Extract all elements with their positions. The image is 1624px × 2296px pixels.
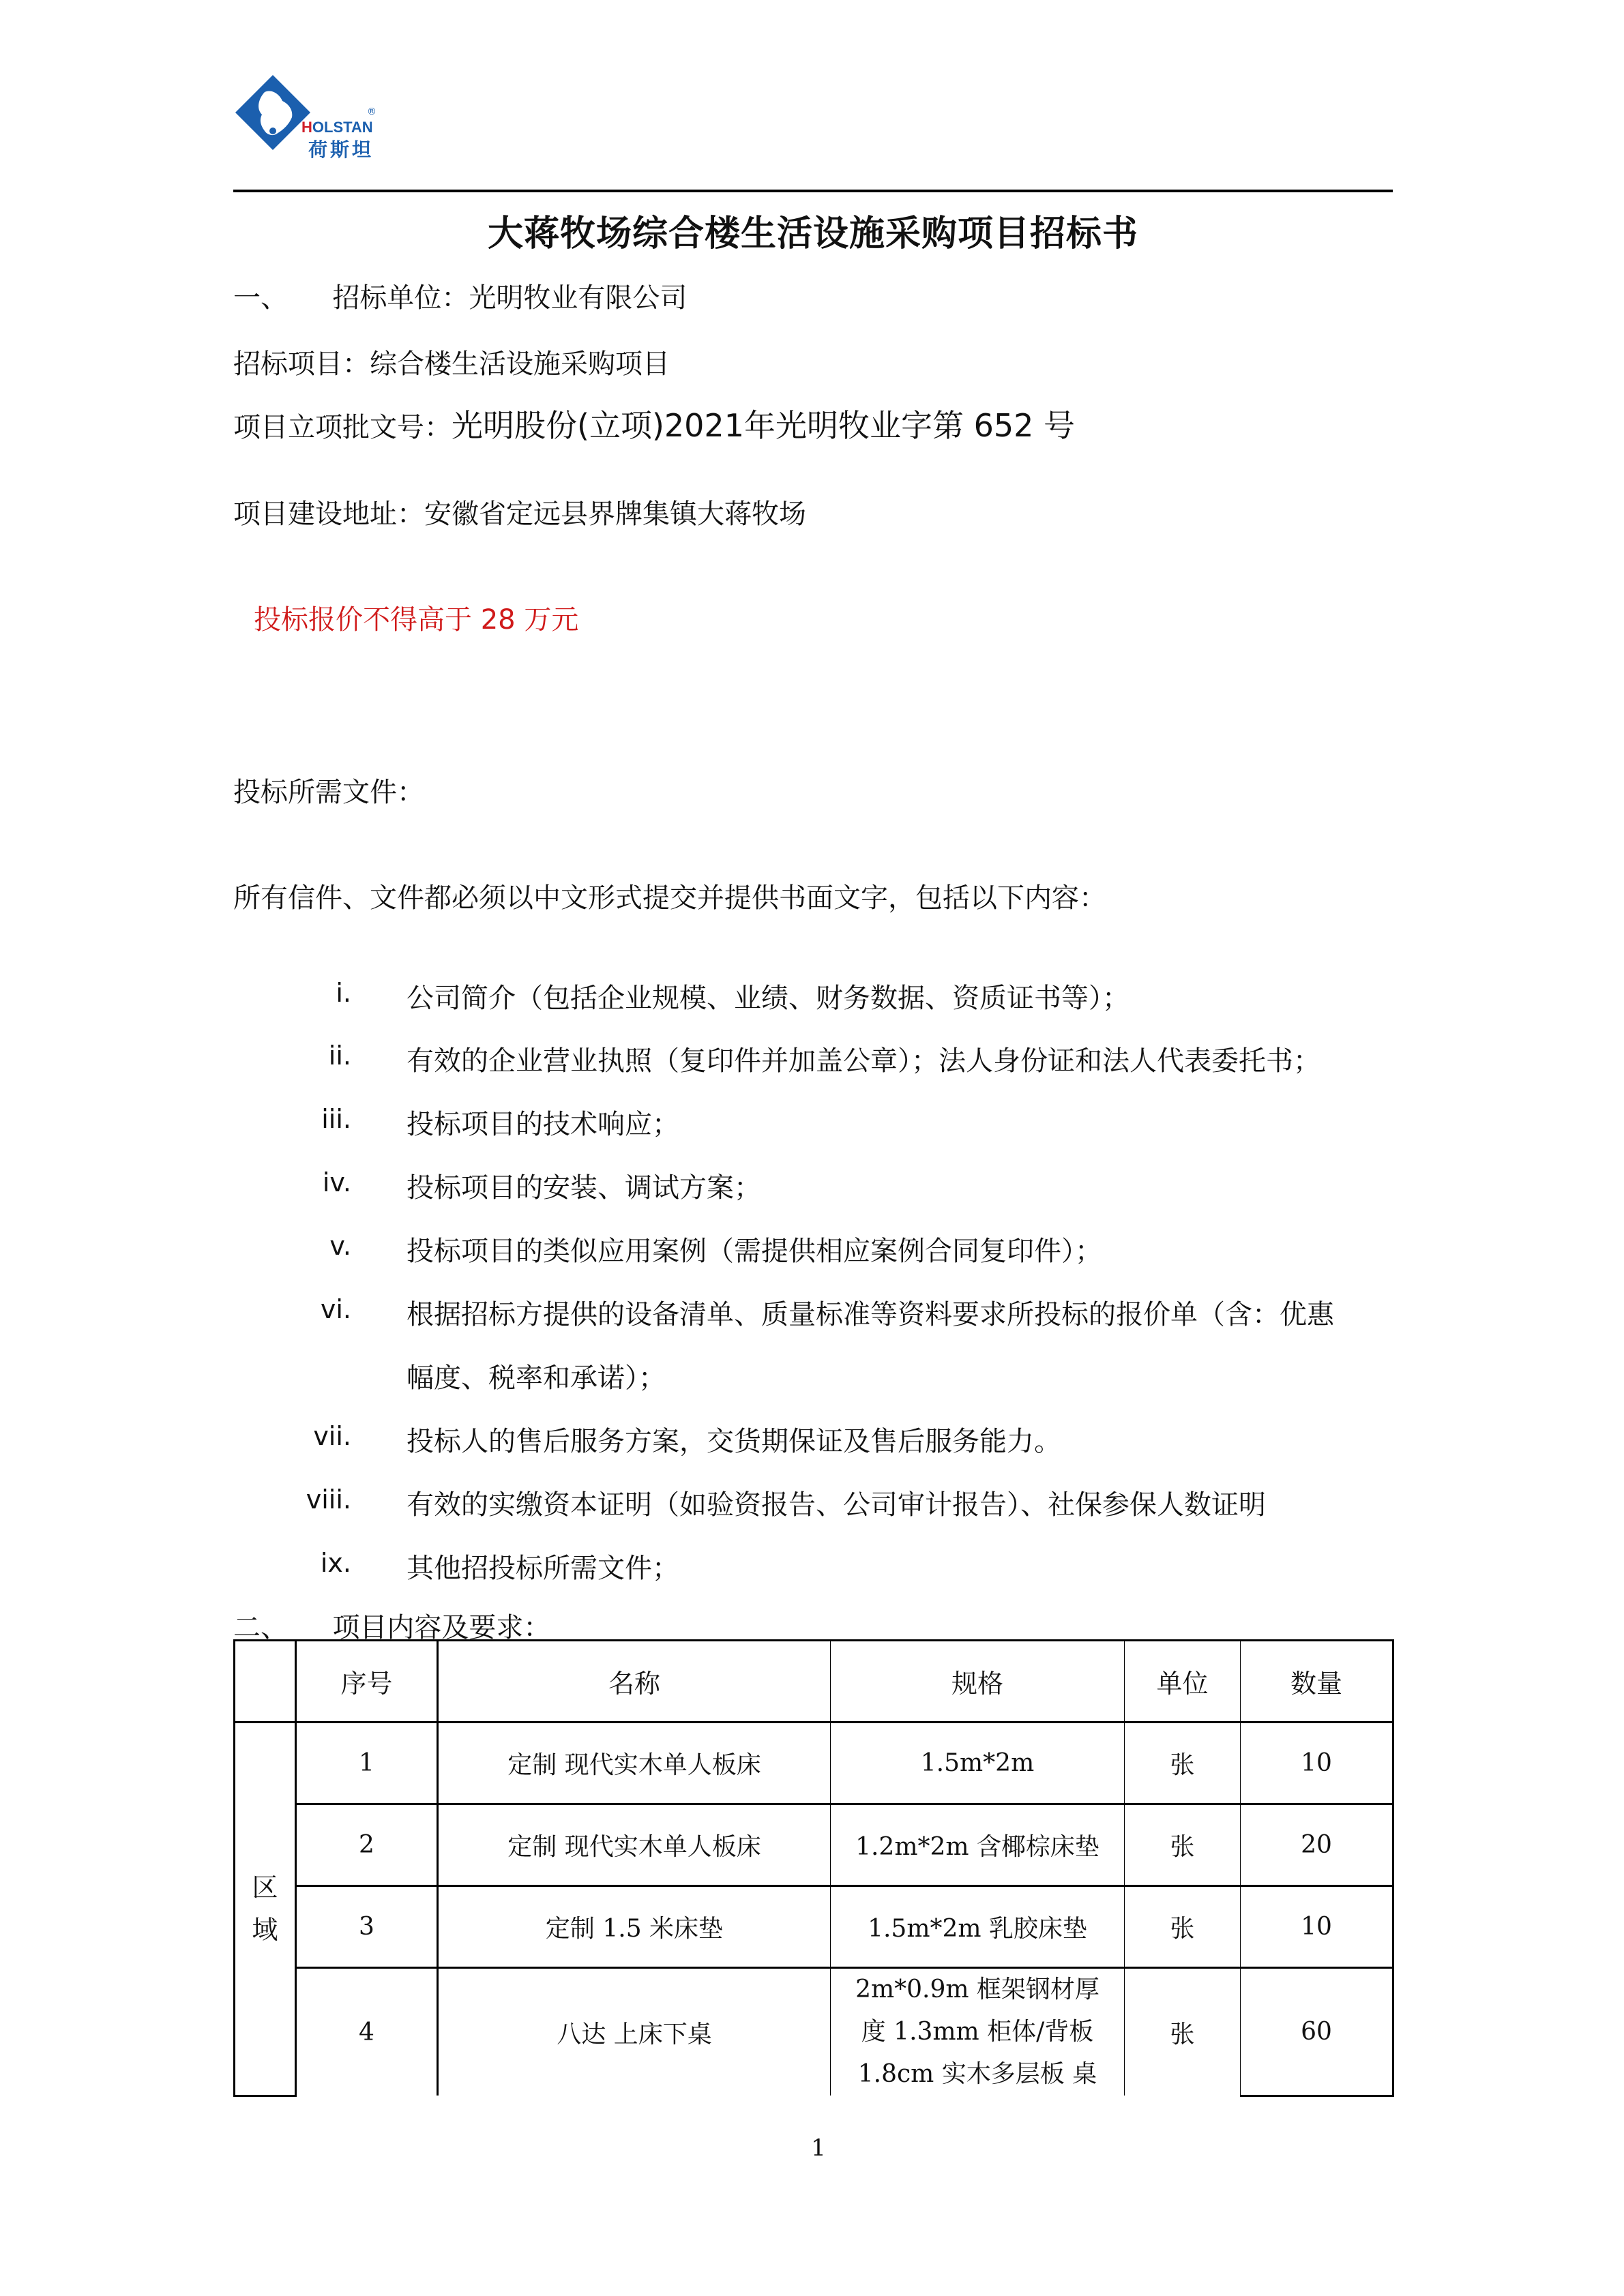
table-cell-name: 定制 现代实木单人板床 [438,1804,831,1886]
tenderer-value: 光明牧业有限公司 [469,282,687,314]
section-1-line: 一、 招标单位：光明牧业有限公司 [233,276,687,315]
table-header-cell-no: 序号 [296,1641,438,1723]
spec-line: 2m*0.9m 框架钢材厚 [831,1969,1124,2011]
project-label: 招标项目： [233,348,370,380]
table-row: 3 定制 1.5 米床垫 1.5m*2m 乳胶床垫 张 10 [235,1886,1393,1968]
table-cell-spec: 1.5m*2m [831,1723,1125,1804]
registered-mark: ® [367,106,377,117]
cow-head-logo-icon [232,68,314,160]
table-region-cell: 区 域 [235,1723,296,2096]
price-limit-notice: 投标报价不得高于 28 万元 [254,598,578,637]
list-item-text: 投标项目的安装、调试方案； [407,1166,761,1205]
table-cell-qty: 20 [1241,1804,1393,1886]
table-row: 2 定制 现代实木单人板床 1.2m*2m 含椰棕床垫 张 20 [235,1804,1393,1886]
project-value: 综合楼生活设施采购项目 [370,348,670,380]
list-item-text: 其他招投标所需文件； [407,1547,679,1585]
project-line: 招标项目：综合楼生活设施采购项目 [233,342,670,381]
section-1-number: 一、 [233,282,288,314]
list-item-number: vi. [286,1294,351,1324]
required-docs-intro: 所有信件、文件都必须以中文形式提交并提供书面文字，包括以下内容： [233,876,1106,915]
table-cell-no: 2 [296,1804,438,1886]
table-cell-unit: 张 [1125,1723,1241,1804]
list-item-text: 投标项目的类似应用案例（需提供相应案例合同复印件）； [407,1229,1102,1268]
region-label-char: 区 [235,1866,295,1909]
table-row: 区 域 1 定制 现代实木单人板床 1.5m*2m 张 10 [235,1723,1393,1804]
logo-brand-cn: 荷斯坦 [308,135,374,162]
table-cell-spec: 2m*0.9m 框架钢材厚 度 1.3mm 柜体/背板 1.8cm 实木多层板 … [831,1968,1125,2096]
table-header-cell-qty: 数量 [1241,1641,1393,1723]
approval-value: 光明股份(立项)2021年光明牧业字第 652 号 [452,407,1075,444]
address-line: 项目建设地址：安徽省定远县界牌集镇大蒋牧场 [233,492,806,531]
list-item-number: iv. [286,1167,351,1197]
table-header-cell-name: 名称 [438,1641,831,1723]
table-row: 4 八达 上床下桌 2m*0.9m 框架钢材厚 度 1.3mm 柜体/背板 1.… [235,1968,1393,2096]
table-cell-no: 4 [296,1968,438,2096]
list-item-text: 公司简介（包括企业规模、业绩、财务数据、资质证书等）； [407,976,1130,1015]
list-item-text: 投标人的售后服务方案，交货期保证及售后服务能力。 [407,1420,1061,1459]
holstan-logo: ® HOLSTAN 荷斯坦 [232,68,389,160]
table-cell-no: 1 [296,1723,438,1804]
list-item-number: v. [286,1231,351,1261]
address-label: 项目建设地址： [233,498,424,530]
header-rule [233,190,1393,192]
table-cell-unit: 张 [1125,1886,1241,1968]
table-cell-spec: 1.2m*2m 含椰棕床垫 [831,1804,1125,1886]
approval-label: 项目立项批文号： [233,412,452,443]
list-item-number: iii. [286,1104,351,1134]
table-cell-qty: 60 [1241,1968,1393,2096]
address-value: 安徽省定远县界牌集镇大蒋牧场 [424,498,806,530]
list-item-text: 有效的实缴资本证明（如验资报告、公司审计报告）、社保参保人数证明 [407,1483,1266,1522]
list-item-text-continued: 幅度、税率和承诺）； [407,1356,666,1395]
table-cell-qty: 10 [1241,1886,1393,1968]
list-item-number: ix. [286,1548,351,1578]
logo-brand-en: HOLSTAN [301,119,373,136]
table-cell-unit: 张 [1125,1968,1241,2096]
page-number: 1 [798,2134,839,2162]
table-cell-no: 3 [296,1886,438,1968]
spec-line: 度 1.3mm 柜体/背板 [831,2011,1124,2053]
table-cell-name: 定制 1.5 米床垫 [438,1886,831,1968]
table-cell-name: 定制 现代实木单人板床 [438,1723,831,1804]
table-header-cell-region [235,1641,296,1723]
list-item-number: i. [286,978,351,1008]
table-cell-name: 八达 上床下桌 [438,1968,831,2096]
list-item-text: 投标项目的技术响应； [407,1103,679,1142]
table-header-row: 序号 名称 规格 单位 数量 [235,1641,1393,1723]
list-item-text: 根据招标方提供的设备清单、质量标准等资料要求所投标的报价单（含：优惠 [407,1293,1334,1332]
required-docs-heading: 投标所需文件： [233,771,424,809]
approval-line: 项目立项批文号：光明股份(立项)2021年光明牧业字第 652 号 [233,401,1075,446]
list-item-text: 有效的企业营业执照（复印件并加盖公章）；法人身份证和法人代表委托书； [407,1039,1320,1078]
items-table: 序号 名称 规格 单位 数量 区 域 1 定制 现代实木单人板床 1.5m*2m… [233,1639,1394,2097]
table-header-cell-unit: 单位 [1125,1641,1241,1723]
spec-line: 1.8cm 实木多层板 桌 [831,2053,1124,2096]
table-header-cell-spec: 规格 [831,1641,1125,1723]
list-item-number: vii. [286,1421,351,1451]
document-title: 大蒋牧场综合楼生活设施采购项目招标书 [233,205,1393,256]
list-item-number: viii. [286,1485,351,1515]
list-item-number: ii. [286,1041,351,1071]
table-cell-spec: 1.5m*2m 乳胶床垫 [831,1886,1125,1968]
table-cell-unit: 张 [1125,1804,1241,1886]
table-cell-qty: 10 [1241,1723,1393,1804]
tenderer-label: 招标单位： [332,282,469,314]
region-label-char: 域 [235,1909,295,1951]
